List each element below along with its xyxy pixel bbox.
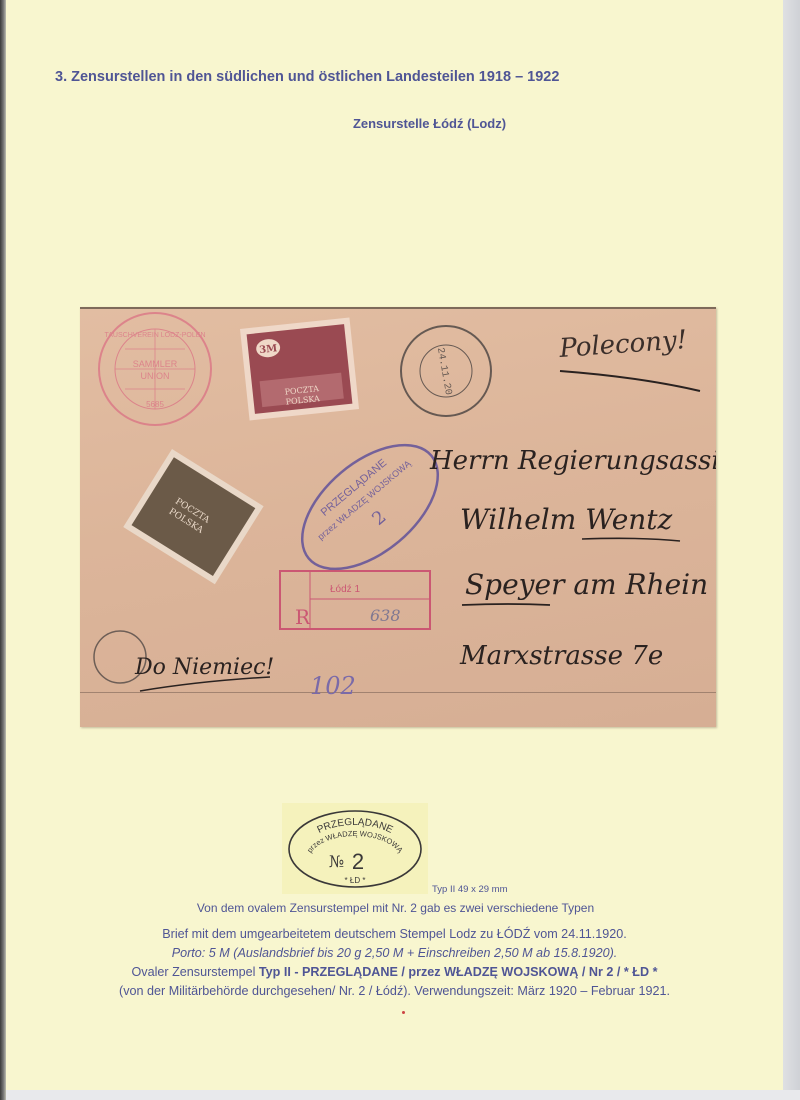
handwritten-polecony: Polecony! [557, 325, 688, 364]
svg-text:Wilhelm Wentz: Wilhelm Wentz [460, 503, 673, 536]
page-subtitle: Zensurstelle Łódź (Lodz) [6, 116, 783, 131]
red-cachet: TAUSCHVEREIN LODZ-POLEN SAMMLER UNION 56… [99, 313, 211, 425]
svg-text:Łódź 1: Łódź 1 [330, 584, 360, 595]
svg-text:Speyer am Rhein: Speyer am Rhein [465, 568, 708, 601]
stamp-2m: POCZTA POLSKA [123, 449, 263, 584]
registration-label: R Łódź 1 638 [280, 571, 430, 629]
description-line-1: Brief mit dem umgearbeitetem deutschem S… [12, 925, 777, 944]
svg-text:UNION: UNION [141, 371, 170, 381]
red-dot-mark [402, 1011, 405, 1014]
envelope-cover: TAUSCHVEREIN LODZ-POLEN SAMMLER UNION 56… [80, 307, 716, 727]
svg-text:2: 2 [352, 849, 364, 874]
stamp-caption: Von dem ovalem Zensurstempel mit Nr. 2 g… [0, 901, 777, 915]
svg-text:2: 2 [368, 506, 390, 529]
description-line-4: (von der Militärbehörde durchgesehen/ Nr… [12, 982, 777, 1001]
svg-text:Herrn Regierungsassistent: Herrn Regierungsassistent [429, 446, 716, 476]
envelope-markings: TAUSCHVEREIN LODZ-POLEN SAMMLER UNION 56… [80, 309, 716, 727]
stamp-size-label: Typ II 49 x 29 mm [432, 884, 508, 895]
scan-right-edge [783, 0, 800, 1100]
description-line-3: Ovaler Zensurstempel Typ II - PRZEGLĄDAN… [12, 963, 777, 982]
svg-text:Marxstrasse 7e: Marxstrasse 7e [459, 641, 663, 671]
handwritten-address: Herrn Regierungsassistent Wilhelm Wentz … [429, 446, 716, 671]
page-title: 3. Zensurstellen in den südlichen und ös… [55, 69, 559, 85]
svg-text:3M: 3M [259, 343, 278, 356]
svg-text:5685: 5685 [146, 400, 164, 409]
pencil-number: 102 [310, 672, 356, 700]
description-line-2: Porto: 5 M (Auslandsbrief bis 20 g 2,50 … [12, 944, 777, 963]
handwritten-do-niemiec: Do Niemiec! [134, 655, 274, 680]
stamp-3m: 3M POCZTA POLSKA [240, 318, 359, 421]
svg-text:№: № [329, 852, 344, 871]
svg-text:R: R [295, 605, 311, 629]
svg-text:638: 638 [370, 606, 401, 625]
svg-text:* ŁD *: * ŁD * [345, 876, 366, 885]
scan-bottom-edge [6, 1090, 800, 1100]
description: Brief mit dem umgearbeitetem deutschem S… [0, 925, 777, 1001]
censor-stamp-detail: PRZEGLĄDANE przez WŁADZĘ WOJSKOWĄ № 2 * … [282, 803, 428, 894]
postmark-lodz: 24.11.20 [401, 326, 491, 416]
svg-text:SAMMLER: SAMMLER [133, 359, 178, 369]
svg-text:24.11.20: 24.11.20 [434, 347, 453, 396]
svg-text:TAUSCHVEREIN LODZ-POLEN: TAUSCHVEREIN LODZ-POLEN [105, 332, 206, 339]
